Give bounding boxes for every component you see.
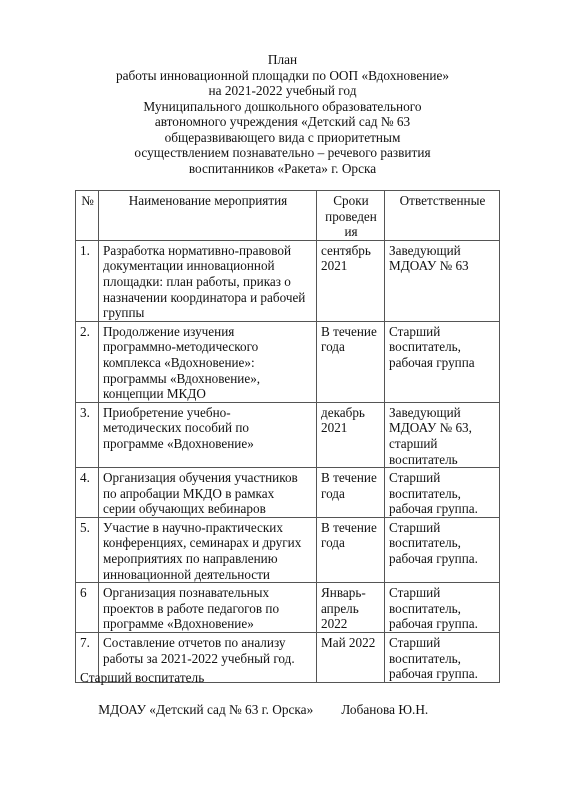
signer-name: Лобанова Ю.Н.	[341, 702, 428, 717]
table-row: 4.Организация обучения участниковпо апро…	[76, 468, 500, 518]
row-number: 1.	[76, 240, 99, 321]
title-line: на 2021-2022 учебный год	[0, 83, 565, 99]
signer-organization: МДОАУ «Детский сад № 63 г. Орска»	[98, 702, 313, 717]
event-date: В течениегода	[317, 468, 385, 518]
document-title: План работы инновационной площадки по ОО…	[0, 52, 565, 176]
signer-position: Старший воспитатель	[80, 670, 428, 686]
table-row: 5.Участие в научно-практических конферен…	[76, 517, 500, 582]
event-date: В течениегода	[317, 321, 385, 402]
row-number: 4.	[76, 468, 99, 518]
event-date: Январь-апрель2022	[317, 583, 385, 633]
title-line: Муниципального дошкольного образовательн…	[0, 99, 565, 115]
event-name: Организация познавательныхпроектов в раб…	[99, 583, 317, 633]
title-line: автономного учреждения «Детский сад № 63	[0, 114, 565, 130]
title-line: План	[0, 52, 565, 68]
event-date: В течениегода	[317, 517, 385, 582]
table-header-row: № Наименование мероприятия Сроки проведе…	[76, 191, 500, 241]
event-responsible: ЗаведующийМДОАУ № 63	[385, 240, 500, 321]
row-number: 3.	[76, 402, 99, 467]
event-responsible: Старшийвоспитатель,рабочая группа.	[385, 583, 500, 633]
table-row: 3.Приобретение учебно-методических пособ…	[76, 402, 500, 467]
title-line: воспитанников «Ракета» г. Орска	[0, 161, 565, 177]
event-responsible: Старшийвоспитатель,рабочая группа	[385, 321, 500, 402]
event-name: Продолжение изученияпрограммно-методичес…	[99, 321, 317, 402]
row-number: 5.	[76, 517, 99, 582]
title-line: общеразвивающего вида с приоритетным	[0, 130, 565, 146]
column-header-date: Сроки проведен ия	[317, 191, 385, 241]
event-responsible: ЗаведующийМДОАУ № 63,старшийвоспитатель	[385, 402, 500, 467]
event-date: сентябрь2021	[317, 240, 385, 321]
table-body: 1.Разработка нормативно-правовойдокумент…	[76, 240, 500, 682]
title-line: работы инновационной площадки по ООП «Вд…	[0, 68, 565, 84]
column-header-number: №	[76, 191, 99, 241]
row-number: 2.	[76, 321, 99, 402]
event-name: Организация обучения участниковпо апроба…	[99, 468, 317, 518]
table-row: 6Организация познавательныхпроектов в ра…	[76, 583, 500, 633]
event-date: декабрь2021	[317, 402, 385, 467]
event-name: Приобретение учебно-методических пособий…	[99, 402, 317, 467]
title-line: осуществлением познавательно – речевого …	[0, 145, 565, 161]
event-responsible: Старшийвоспитатель,рабочая группа.	[385, 468, 500, 518]
plan-table: № Наименование мероприятия Сроки проведе…	[75, 190, 500, 683]
event-responsible: Старшийвоспитатель,рабочая группа.	[385, 517, 500, 582]
row-number: 6	[76, 583, 99, 633]
signature-block: Старший воспитатель МДОАУ «Детский сад №…	[80, 670, 428, 734]
table-row: 2.Продолжение изученияпрограммно-методич…	[76, 321, 500, 402]
column-header-responsible: Ответственные	[385, 191, 500, 241]
event-name: Участие в научно-практических конференци…	[99, 517, 317, 582]
event-name: Разработка нормативно-правовойдокументац…	[99, 240, 317, 321]
table-row: 1.Разработка нормативно-правовойдокумент…	[76, 240, 500, 321]
column-header-name: Наименование мероприятия	[99, 191, 317, 241]
